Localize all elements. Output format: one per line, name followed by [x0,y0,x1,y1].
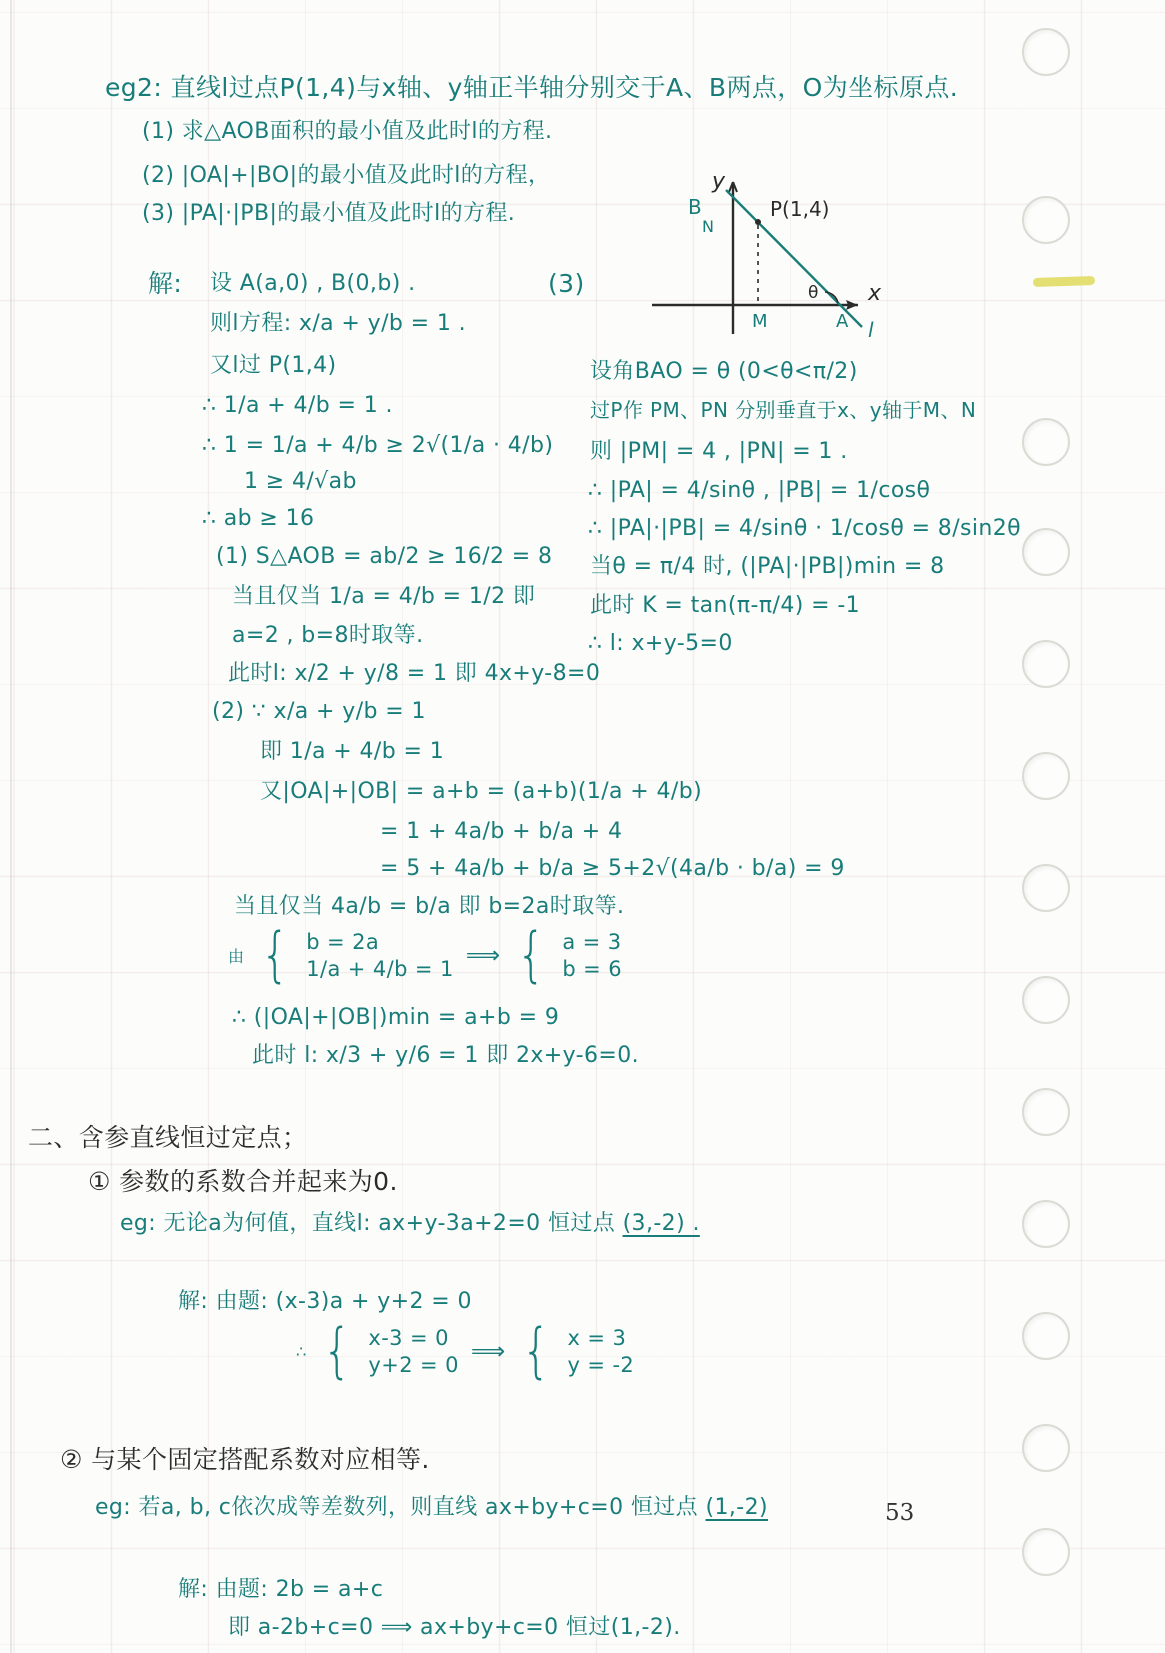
notebook-page: eg2: 直线l过点P(1,4)与x轴、y轴正半轴分别交于A、B两点，O为坐标原… [0,0,1165,1653]
sol-right-line: 当θ = π/4 时, (|PA|·|PB|)min = 8 [590,553,945,581]
problem-item-1: (1) 求△AOB面积的最小值及此时l的方程. [142,118,552,146]
eg1-text: eg: 无论a为何值，直线l: ax+y-3a+2=0 恒过点 [120,1211,615,1236]
y-axis-label: y [711,172,726,194]
binding-hole [1022,28,1070,76]
sol-left-line: 此时l: x/2 + y/8 = 1 即 4x+y-8=0 [228,660,600,688]
sol-left-line: ∴ 1 = 1/a + 4/b ≥ 2√(1/a · 4/b) [202,432,553,460]
system2-prefix: ∴ [296,1342,306,1361]
binding-hole [1022,1528,1070,1576]
sol-left-line: 当且仅当 4a/b = b/a 即 b=2a时取等. [234,893,624,921]
sol-right-line: 则 |PM| = 4 , |PN| = 1 . [590,438,848,466]
binding-hole [1022,864,1070,912]
eg1-fixed-point: (3,-2) . [623,1211,700,1236]
implies-arrow: ⟹ [466,941,500,969]
system2-right-rows: x = 3 y = -2 [567,1326,634,1377]
system1-right-rows: a = 3 b = 6 [562,930,622,981]
binding-hole [1022,1200,1070,1248]
binding-hole [1022,1088,1070,1136]
binding-hole [1022,976,1070,1024]
system1-eq: 1/a + 4/b = 1 [306,957,454,981]
sol-right-line: 此时 K = tan(π-π/4) = -1 [590,592,860,620]
sol-left-line: ∴ (|OA|+|OB|)min = a+b = 9 [232,1004,559,1032]
system1-eq: b = 2a [306,930,454,954]
sol-left-line: 当且仅当 1/a = 4/b = 1/2 即 [232,583,535,611]
label-A: A [836,311,849,332]
sol-right-line: ∴ |PA|·|PB| = 4/sinθ · 1/cosθ = 8/sin2θ [588,515,1021,543]
sol-left-line: a=2 , b=8时取等. [232,622,423,650]
implies-arrow: ⟹ [471,1337,505,1365]
equation-system-1: 由 { b = 2a 1/a + 4/b = 1 ⟹ { a = 3 b = 6 [228,928,622,982]
problem-label: eg2: [105,73,162,102]
system1-eq: a = 3 [562,930,622,954]
binding-hole [1022,196,1070,244]
left-brace: { [522,1324,551,1378]
section2-point2: ② 与某个固定搭配系数对应相等. [60,1444,430,1475]
section2-sol1: 解: 由题: (x-3)a + y+2 = 0 [178,1288,472,1316]
point-P [755,219,761,225]
system1-left-rows: b = 2a 1/a + 4/b = 1 [306,930,454,981]
problem-label-and-statement: eg2: 直线l过点P(1,4)与x轴、y轴正半轴分别交于A、B两点，O为坐标原… [105,72,958,103]
binding-hole [1022,528,1070,576]
system2-eq: x = 3 [567,1326,634,1350]
sol-left-line: 1 ≥ 4/√ab [244,468,357,496]
label-theta: θ [808,283,818,303]
section2-eg2: eg: 若a, b, c依次成等差数列，则直线 ax+by+c=0 恒过点 (1… [95,1494,768,1522]
sol-left-line: (2) ∵ x/a + y/b = 1 [212,698,426,726]
sol-left-line: ∴ 1/a + 4/b = 1 . [202,392,393,420]
sol-right-line: ∴ |PA| = 4/sinθ , |PB| = 1/cosθ [588,477,930,505]
x-axis-label: x [867,281,882,306]
sol-left-line: 则l方程: x/a + y/b = 1 . [210,310,466,338]
system2-eq: y+2 = 0 [368,1353,459,1377]
problem-item-3: (3) |PA|·|PB|的最小值及此时l的方程. [142,200,515,228]
section2-title: 二、含参直线恒过定点； [28,1122,307,1153]
section2-sol2-line2: 即 a-2b+c=0 ⟹ ax+by+c=0 恒过(1,-2). [228,1614,681,1642]
binding-hole [1022,752,1070,800]
sol-left-line: = 5 + 4a/b + b/a ≥ 5+2√(4a/b · b/a) = 9 [380,855,845,883]
system1-prefix: 由 [228,944,244,967]
sol-left-line: ∴ ab ≥ 16 [202,505,314,533]
part3-label: (3) [548,268,585,299]
sol-right-line: 过P作 PM、PN 分别垂直于x、y轴于M、N [590,398,976,423]
binding-hole [1022,418,1070,466]
label-M: M [752,311,768,332]
left-brace: { [323,1324,352,1378]
label-P: P(1,4) [770,197,829,221]
system2-left-rows: x-3 = 0 y+2 = 0 [368,1326,459,1377]
system1-eq: b = 6 [562,957,622,981]
sol-left-line: 又l过 P(1,4) [210,352,337,380]
left-brace: { [517,928,546,982]
sol-left-line: 即 1/a + 4/b = 1 [260,738,444,766]
system2-eq: x-3 = 0 [368,1326,459,1350]
label-N: N [702,217,714,236]
eg2-fixed-point: (1,-2) [706,1495,769,1520]
page-fold-line [10,0,12,1653]
binding-hole [1022,1312,1070,1360]
yellow-highlight-mark [1033,276,1095,287]
page-number: 53 [885,1500,914,1526]
equation-system-2: ∴ { x-3 = 0 y+2 = 0 ⟹ { x = 3 y = -2 [296,1324,634,1378]
label-l: l [868,318,874,342]
sol-left-line: 设 A(a,0) , B(0,b) . [210,270,415,298]
eg2-text: eg: 若a, b, c依次成等差数列，则直线 ax+by+c=0 恒过点 [95,1495,698,1520]
sol-left-line: 又|OA|+|OB| = a+b = (a+b)(1/a + 4/b) [260,778,702,806]
sol-right-line: 设角BAO = θ (0<θ<π/2) [590,358,858,386]
problem-statement: 直线l过点P(1,4)与x轴、y轴正半轴分别交于A、B两点，O为坐标原点. [171,73,959,102]
coordinate-diagram: y x B N P(1,4) θ M A l [640,172,910,347]
binding-hole [1022,1424,1070,1472]
label-B: B [688,195,702,219]
solution-heading: 解: [148,268,182,299]
sol-left-line: = 1 + 4a/b + b/a + 4 [380,818,622,846]
section2-eg1: eg: 无论a为何值，直线l: ax+y-3a+2=0 恒过点 (3,-2) . [120,1210,700,1238]
section2-point1: ① 参数的系数合并起来为0. [88,1166,398,1197]
problem-item-2: (2) |OA|+|BO|的最小值及此时l的方程， [142,162,550,190]
section2-sol2-line1: 解: 由题: 2b = a+c [178,1576,383,1604]
sol-left-line: (1) S△AOB = ab/2 ≥ 16/2 = 8 [216,543,552,571]
system2-eq: y = -2 [567,1353,634,1377]
binding-hole [1022,640,1070,688]
sol-right-line: ∴ l: x+y-5=0 [588,630,733,658]
left-brace: { [261,928,290,982]
sol-left-line: 此时 l: x/3 + y/6 = 1 即 2x+y-6=0. [252,1042,639,1070]
